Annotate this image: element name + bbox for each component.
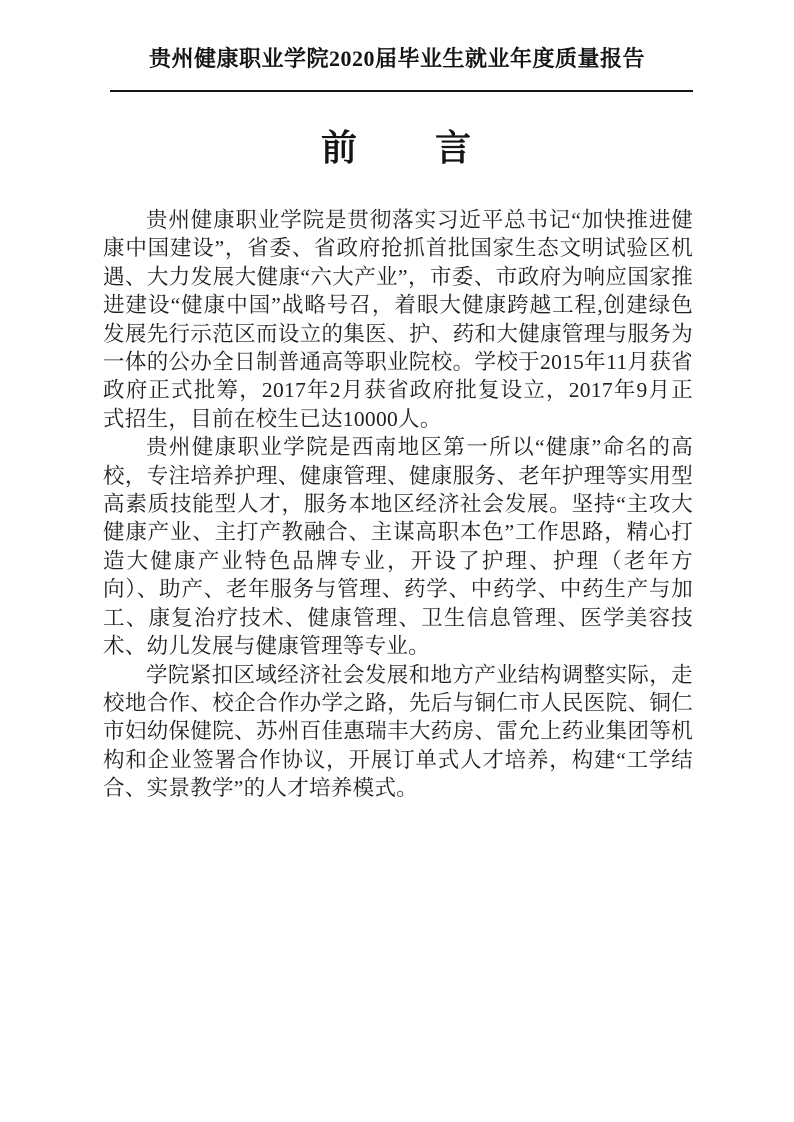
paragraph-1: 贵州健康职业学院是贯彻落实习近平总书记“加快推进健康中国建设”，省委、省政府抢抓…: [103, 206, 693, 433]
page-header: 贵州健康职业学院2020届毕业生就业年度质量报告: [0, 0, 794, 92]
section-title-preface: 前 言: [0, 126, 794, 170]
document-page: 贵州健康职业学院2020届毕业生就业年度质量报告 前 言 贵州健康职业学院是贯彻…: [0, 0, 794, 1122]
document-body: 贵州健康职业学院是贯彻落实习近平总书记“加快推进健康中国建设”，省委、省政府抢抓…: [103, 206, 693, 803]
paragraph-2: 贵州健康职业学院是西南地区第一所以“健康”命名的高校，专注培养护理、健康管理、健…: [103, 433, 693, 660]
report-header-title: 贵州健康职业学院2020届毕业生就业年度质量报告: [0, 0, 794, 72]
header-rule: [110, 90, 693, 92]
paragraph-3: 学院紧扣区域经济社会发展和地方产业结构调整实际，走校地合作、校企合作办学之路，先…: [103, 661, 693, 803]
